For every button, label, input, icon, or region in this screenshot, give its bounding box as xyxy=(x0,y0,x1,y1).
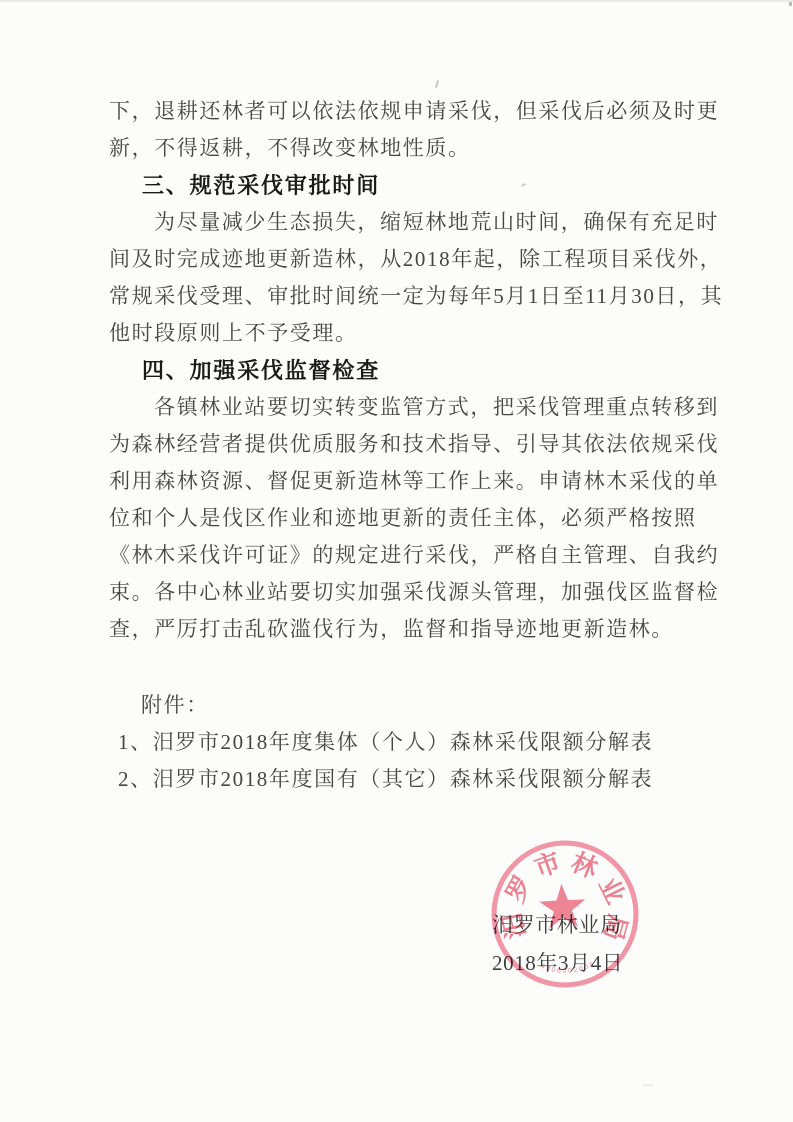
attachments-section: 附件： 1、汨罗市2018年度集体（个人）森林采伐限额分解表2、汨罗市2018年… xyxy=(118,687,653,798)
document-page: 下，退耕还林者可以依法依规申请采伐，但采伐后必须及时更新，不得返耕，不得改变林地… xyxy=(0,0,793,1122)
scan-speck xyxy=(643,1084,653,1087)
scan-edge-artifact xyxy=(0,0,793,2)
seal-arc-char: 业 xyxy=(593,873,630,909)
signature-block: 汨罗市林业局 2018年3月4日 xyxy=(492,906,623,982)
text-line: 位和个人是伐区作业和迹地更新的责任主体，必须严格按照 xyxy=(109,500,721,537)
text-line: 新，不得返耕，不得改变林地性质。 xyxy=(109,130,721,167)
attachment-item: 1、汨罗市2018年度集体（个人）森林采伐限额分解表 xyxy=(118,724,653,761)
scan-speck xyxy=(435,80,439,88)
text-line: 为森林经营者提供优质服务和技术指导、引导其依法依规采伐 xyxy=(109,426,721,463)
text-line: 为尽量减少生态损失，缩短林地荒山时间，确保有充足时 xyxy=(109,204,721,241)
seal-arc-char: 市 xyxy=(531,848,564,883)
signature-org: 汨罗市林业局 xyxy=(492,906,623,944)
section-heading: 四、加强采伐监督检查 xyxy=(109,352,721,389)
text-line: 常规采伐受理、审批时间统一定为每年5月1日至11月30日，其 xyxy=(109,278,721,315)
attachments-label: 附件： xyxy=(118,687,653,724)
signature-date: 2018年3月4日 xyxy=(492,944,623,982)
scan-speck xyxy=(789,2,792,6)
section-heading: 三、规范采伐审批时间 xyxy=(109,167,721,204)
text-line: 《林木采伐许可证》的规定进行采伐，严格自主管理、自我约 xyxy=(109,537,721,574)
text-line: 各镇林业站要切实转变监管方式，把采伐管理重点转移到 xyxy=(109,389,721,426)
text-line: 他时段原则上不予受理。 xyxy=(109,315,721,352)
text-line: 束。各中心林业站要切实加强采伐源头管理，加强伐区监督检 xyxy=(109,574,721,611)
text-line: 间及时完成迹地更新造林，从2018年起，除工程项目采伐外， xyxy=(109,241,721,278)
document-body: 下，退耕还林者可以依法依规申请采伐，但采伐后必须及时更新，不得返耕，不得改变林地… xyxy=(109,93,721,648)
seal-arc-char: 罗 xyxy=(501,871,538,907)
seal-arc-char: 林 xyxy=(567,848,602,884)
attachment-item: 2、汨罗市2018年度国有（其它）森林采伐限额分解表 xyxy=(118,761,653,798)
text-line: 利用森林资源、督促更新造林等工作上来。申请林木采伐的单 xyxy=(109,463,721,500)
text-line: 查，严厉打击乱砍滥伐行为，监督和指导迹地更新造林。 xyxy=(109,611,721,648)
text-line: 下，退耕还林者可以依法依规申请采伐，但采伐后必须及时更 xyxy=(109,93,721,130)
attachment-list: 1、汨罗市2018年度集体（个人）森林采伐限额分解表2、汨罗市2018年度国有（… xyxy=(118,724,653,798)
